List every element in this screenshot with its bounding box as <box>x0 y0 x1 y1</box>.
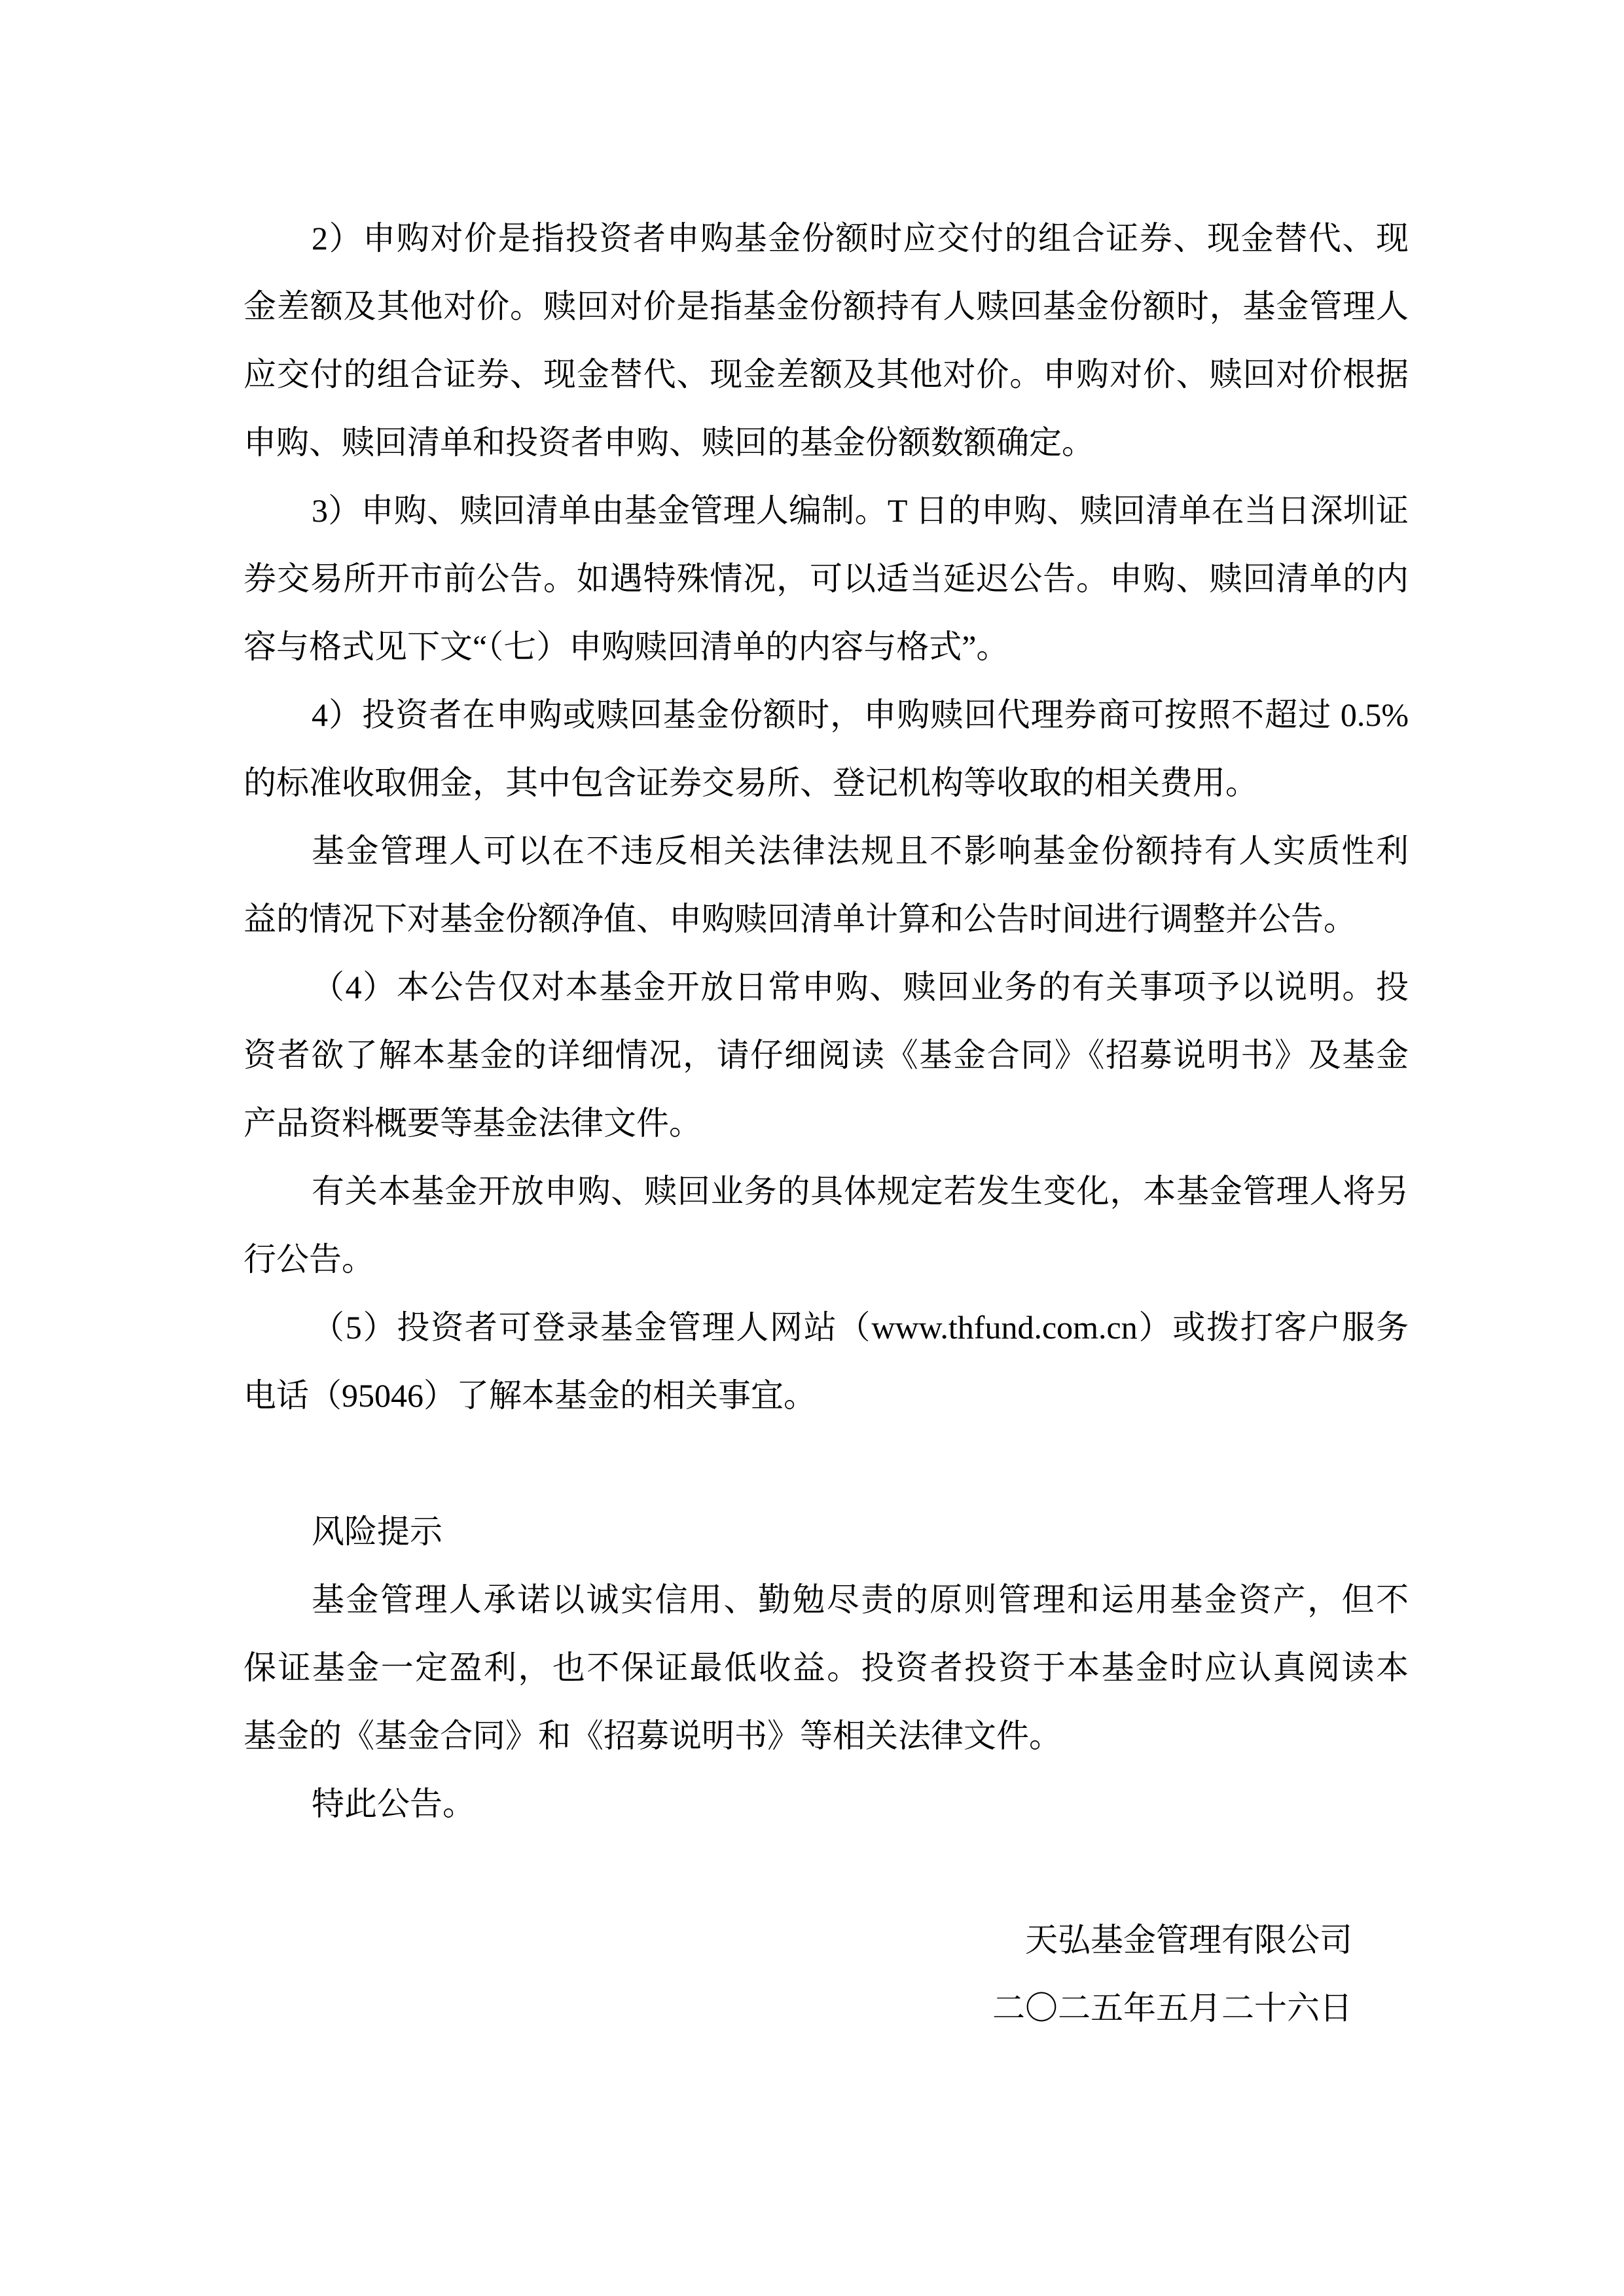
body-line: 的标准收取佣金，其中包含证券交易所、登记机构等收取的相关费用。 <box>244 749 1409 817</box>
body-line: （5）投资者可登录基金管理人网站（www.thfund.com.cn）或拨打客户… <box>244 1293 1409 1361</box>
body-line: 基金的《基金合同》和《招募说明书》等相关法律文件。 <box>244 1702 1409 1770</box>
signature-company: 天弘基金管理有限公司 <box>244 1906 1409 1974</box>
body-line: 容与格式见下文“（七）申购赎回清单的内容与格式”。 <box>244 613 1409 681</box>
body-line: 保证基金一定盈利，也不保证最低收益。投资者投资于本基金时应认真阅读本 <box>244 1634 1409 1702</box>
body-line: 资者欲了解本基金的详细情况，请仔细阅读《基金合同》《招募说明书》及基金 <box>244 1021 1409 1089</box>
body-line: 行公告。 <box>244 1225 1409 1293</box>
blank-line <box>244 1429 1409 1498</box>
body-line: 有关本基金开放申购、赎回业务的具体规定若发生变化，本基金管理人将另 <box>244 1157 1409 1225</box>
body-line: （4）本公告仅对本基金开放日常申购、赎回业务的有关事项予以说明。投 <box>244 953 1409 1021</box>
body-line: 4）投资者在申购或赎回基金份额时，申购赎回代理券商可按照不超过 0.5% <box>244 681 1409 749</box>
risk-notice-heading: 风险提示 <box>244 1498 1409 1566</box>
body-line: 应交付的组合证券、现金替代、现金差额及其他对价。申购对价、赎回对价根据 <box>244 340 1409 408</box>
body-line: 电话（95046）了解本基金的相关事宜。 <box>244 1361 1409 1429</box>
signature-date: 二〇二五年五月二十六日 <box>244 1974 1409 2042</box>
body-line: 基金管理人可以在不违反相关法律法规且不影响基金份额持有人实质性利 <box>244 817 1409 885</box>
blank-line <box>244 1838 1409 1906</box>
body-line: 3）申购、赎回清单由基金管理人编制。T 日的申购、赎回清单在当日深圳证 <box>244 476 1409 545</box>
body-line: 券交易所开市前公告。如遇特殊情况，可以适当延迟公告。申购、赎回清单的内 <box>244 545 1409 613</box>
closing-line: 特此公告。 <box>244 1770 1409 1838</box>
body-line: 2）申购对价是指投资者申购基金份额时应交付的组合证券、现金替代、现 <box>244 204 1409 272</box>
body-line: 申购、赎回清单和投资者申购、赎回的基金份额数额确定。 <box>244 408 1409 476</box>
body-line: 金差额及其他对价。赎回对价是指基金份额持有人赎回基金份额时，基金管理人 <box>244 272 1409 340</box>
body-line: 基金管理人承诺以诚实信用、勤勉尽责的原则管理和运用基金资产，但不 <box>244 1566 1409 1634</box>
body-line: 益的情况下对基金份额净值、申购赎回清单计算和公告时间进行调整并公告。 <box>244 885 1409 953</box>
announcement-page: 2）申购对价是指投资者申购基金份额时应交付的组合证券、现金替代、现 金差额及其他… <box>0 0 1624 2296</box>
announcement-body: 2）申购对价是指投资者申购基金份额时应交付的组合证券、现金替代、现 金差额及其他… <box>244 204 1409 2042</box>
body-line: 产品资料概要等基金法律文件。 <box>244 1089 1409 1157</box>
